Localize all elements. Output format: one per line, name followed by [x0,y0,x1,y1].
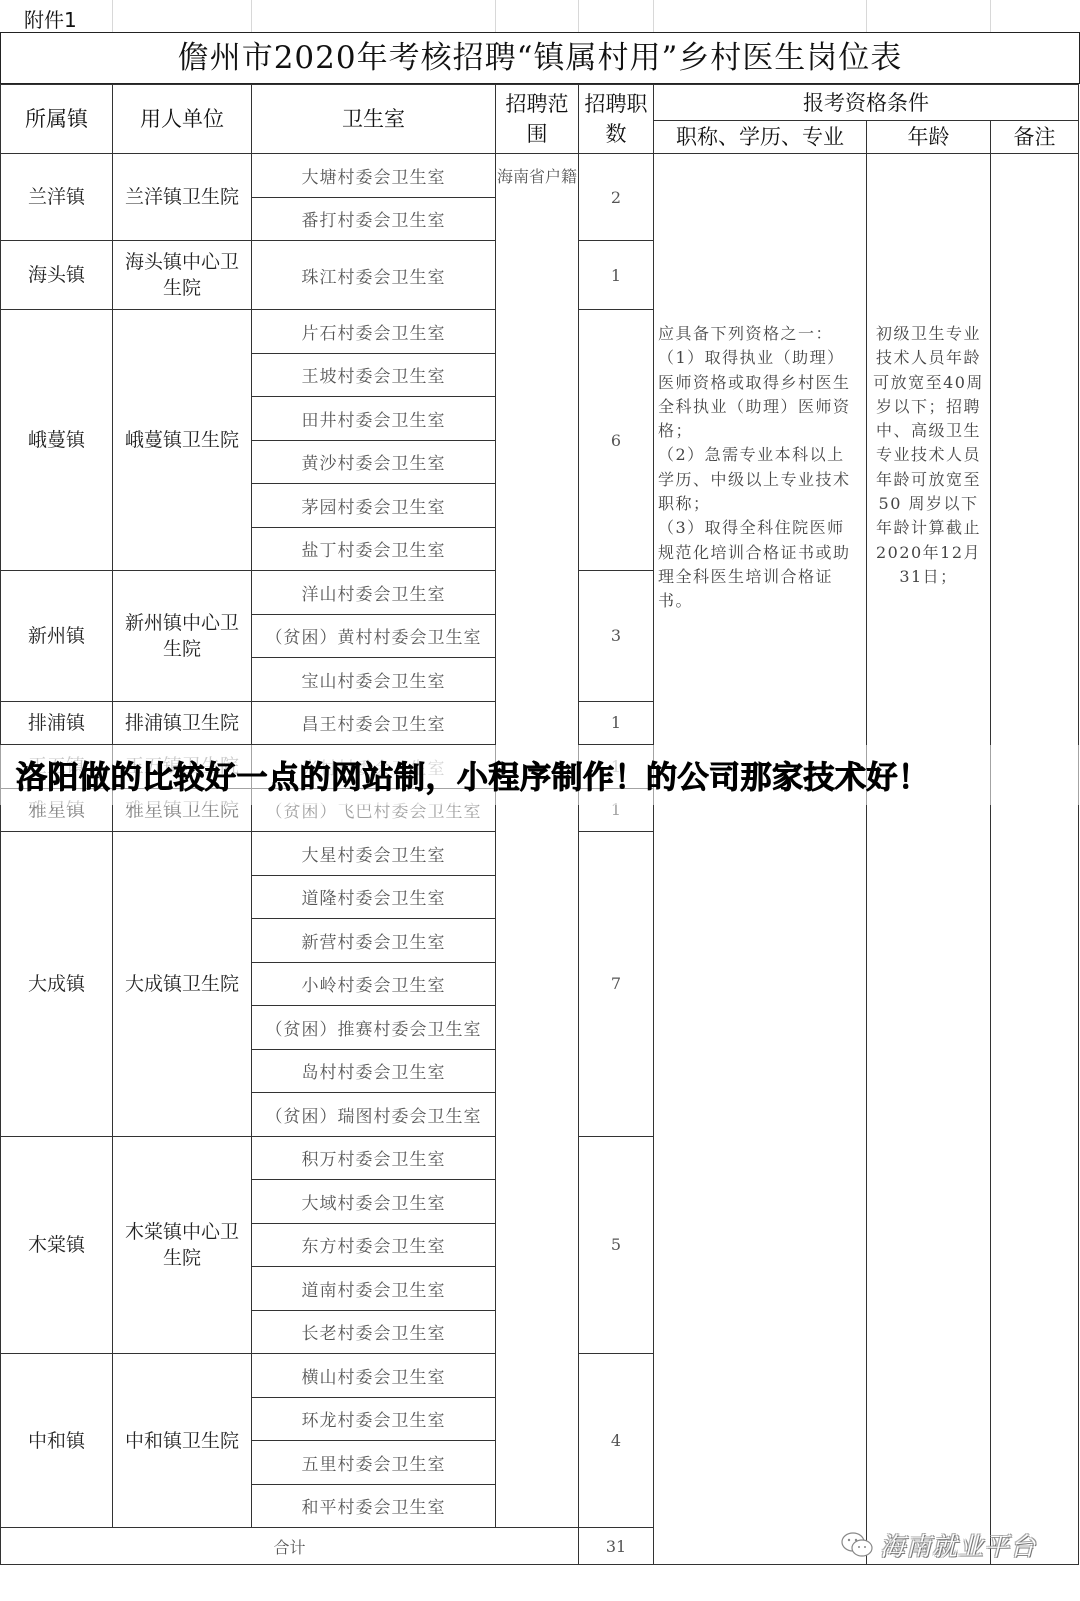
cell-qualification: 应具备下列资格之一： （1）取得执业（助理）医师资格或取得乡村医生全科执业（助理… [654,154,867,1565]
cell-clinic: 片石村委会卫生室 [252,310,496,354]
gridline [990,0,991,32]
cell-clinic: 东方村委会卫生室 [252,1223,496,1267]
cell-town: 木棠镇 [1,1136,113,1354]
cell-clinic: （贫困）黄村村委会卫生室 [252,614,496,658]
header-qualification-group: 报考资格条件 [654,85,1079,121]
attachment-row: 附件1 [0,0,1080,33]
cell-clinic: 道隆村委会卫生室 [252,875,496,919]
document-title: 儋州市2020年考核招聘“镇属村用”乡村医生岗位表 [0,33,1080,84]
watermark-text: 海南就业平台 [880,1527,1036,1563]
cell-town: 大成镇 [1,832,113,1137]
watermark: 海南就业平台 [840,1527,1036,1563]
cell-positions: 5 [579,1136,654,1354]
table-row: 兰洋镇兰洋镇卫生院大塘村委会卫生室海南省户籍2应具备下列资格之一： （1）取得执… [1,154,1079,198]
header-employer: 用人单位 [113,85,252,154]
cell-clinic: 田井村委会卫生室 [252,397,496,441]
gridline [653,0,654,32]
cell-clinic: 宝山村委会卫生室 [252,658,496,702]
age-text: 初级卫生专业技术人员年龄可放宽至40周岁以下；招聘中、高级卫生专业技术人员年龄可… [871,162,986,589]
cell-clinic: （贫困）瑞图村委会卫生室 [252,1093,496,1137]
cell-positions: 1 [579,241,654,310]
total-label: 合计 [1,1528,579,1565]
cell-clinic: 番打村委会卫生室 [252,197,496,241]
cell-clinic: 环龙村委会卫生室 [252,1397,496,1441]
attachment-label: 附件1 [24,4,77,33]
cell-clinic: 积万村委会卫生室 [252,1136,496,1180]
header-town: 所属镇 [1,85,113,154]
cell-employer: 木棠镇中心卫生院 [113,1136,252,1354]
positions-table: 所属镇 用人单位 卫生室 招聘范围 招聘职数 报考资格条件 职称、学历、专业 年… [0,84,1079,1565]
cell-clinic: 小岭村委会卫生室 [252,962,496,1006]
cell-clinic: 岛村村委会卫生室 [252,1049,496,1093]
wechat-icon [840,1530,874,1560]
cell-positions: 3 [579,571,654,702]
cell-clinic: 昌王村委会卫生室 [252,701,496,745]
cell-employer: 新州镇中心卫生院 [113,571,252,702]
cell-employer: 兰洋镇卫生院 [113,154,252,241]
cell-clinic: 大域村委会卫生室 [252,1180,496,1224]
gridline [112,0,113,32]
header-remarks: 备注 [991,121,1079,154]
cell-positions: 2 [579,154,654,241]
cell-town: 中和镇 [1,1354,113,1528]
header-scope: 招聘范围 [496,85,579,154]
cell-clinic: 大星村委会卫生室 [252,832,496,876]
gridline [866,0,867,32]
cell-employer: 排浦镇卫生院 [113,701,252,745]
cell-positions: 6 [579,310,654,571]
cell-clinic: 道南村委会卫生室 [252,1267,496,1311]
gridline [251,0,252,32]
cell-clinic: 五里村委会卫生室 [252,1441,496,1485]
overlay-banner-text: 洛阳做的比较好一点的网站制，小程序制作！的公司那家技术好！ [16,752,930,797]
header-age: 年龄 [867,121,991,154]
cell-town: 海头镇 [1,241,113,310]
cell-positions: 4 [579,1354,654,1528]
header-clinic: 卫生室 [252,85,496,154]
cell-positions: 7 [579,832,654,1137]
cell-employer: 峨蔓镇卫生院 [113,310,252,571]
cell-clinic: 盐丁村委会卫生室 [252,527,496,571]
cell-clinic: 新营村委会卫生室 [252,919,496,963]
cell-employer: 中和镇卫生院 [113,1354,252,1528]
total-value: 31 [579,1528,654,1565]
cell-town: 峨蔓镇 [1,310,113,571]
cell-town: 排浦镇 [1,701,113,745]
cell-clinic: 王坡村委会卫生室 [252,353,496,397]
cell-town: 兰洋镇 [1,154,113,241]
cell-employer: 大成镇卫生院 [113,832,252,1137]
cell-town: 新州镇 [1,571,113,702]
qualification-text: 应具备下列资格之一： （1）取得执业（助理）医师资格或取得乡村医生全科执业（助理… [658,162,862,614]
cell-age: 初级卫生专业技术人员年龄可放宽至40周岁以下；招聘中、高级卫生专业技术人员年龄可… [867,154,991,1565]
cell-clinic: 横山村委会卫生室 [252,1354,496,1398]
cell-clinic: 茅园村委会卫生室 [252,484,496,528]
cell-clinic: 大塘村委会卫生室 [252,154,496,198]
cell-clinic: 洋山村委会卫生室 [252,571,496,615]
cell-clinic: 珠江村委会卫生室 [252,241,496,310]
cell-positions: 1 [579,701,654,745]
cell-remarks [991,154,1079,1565]
cell-scope: 海南省户籍 [496,154,579,1528]
header-positions: 招聘职数 [579,85,654,154]
cell-employer: 海头镇中心卫生院 [113,241,252,310]
cell-clinic: （贫困）推赛村委会卫生室 [252,1006,496,1050]
gridline [578,0,579,32]
cell-clinic: 黄沙村委会卫生室 [252,440,496,484]
cell-clinic: 长老村委会卫生室 [252,1310,496,1354]
header-qualification: 职称、学历、专业 [654,121,867,154]
cell-clinic: 和平村委会卫生室 [252,1484,496,1528]
gridline [495,0,496,32]
